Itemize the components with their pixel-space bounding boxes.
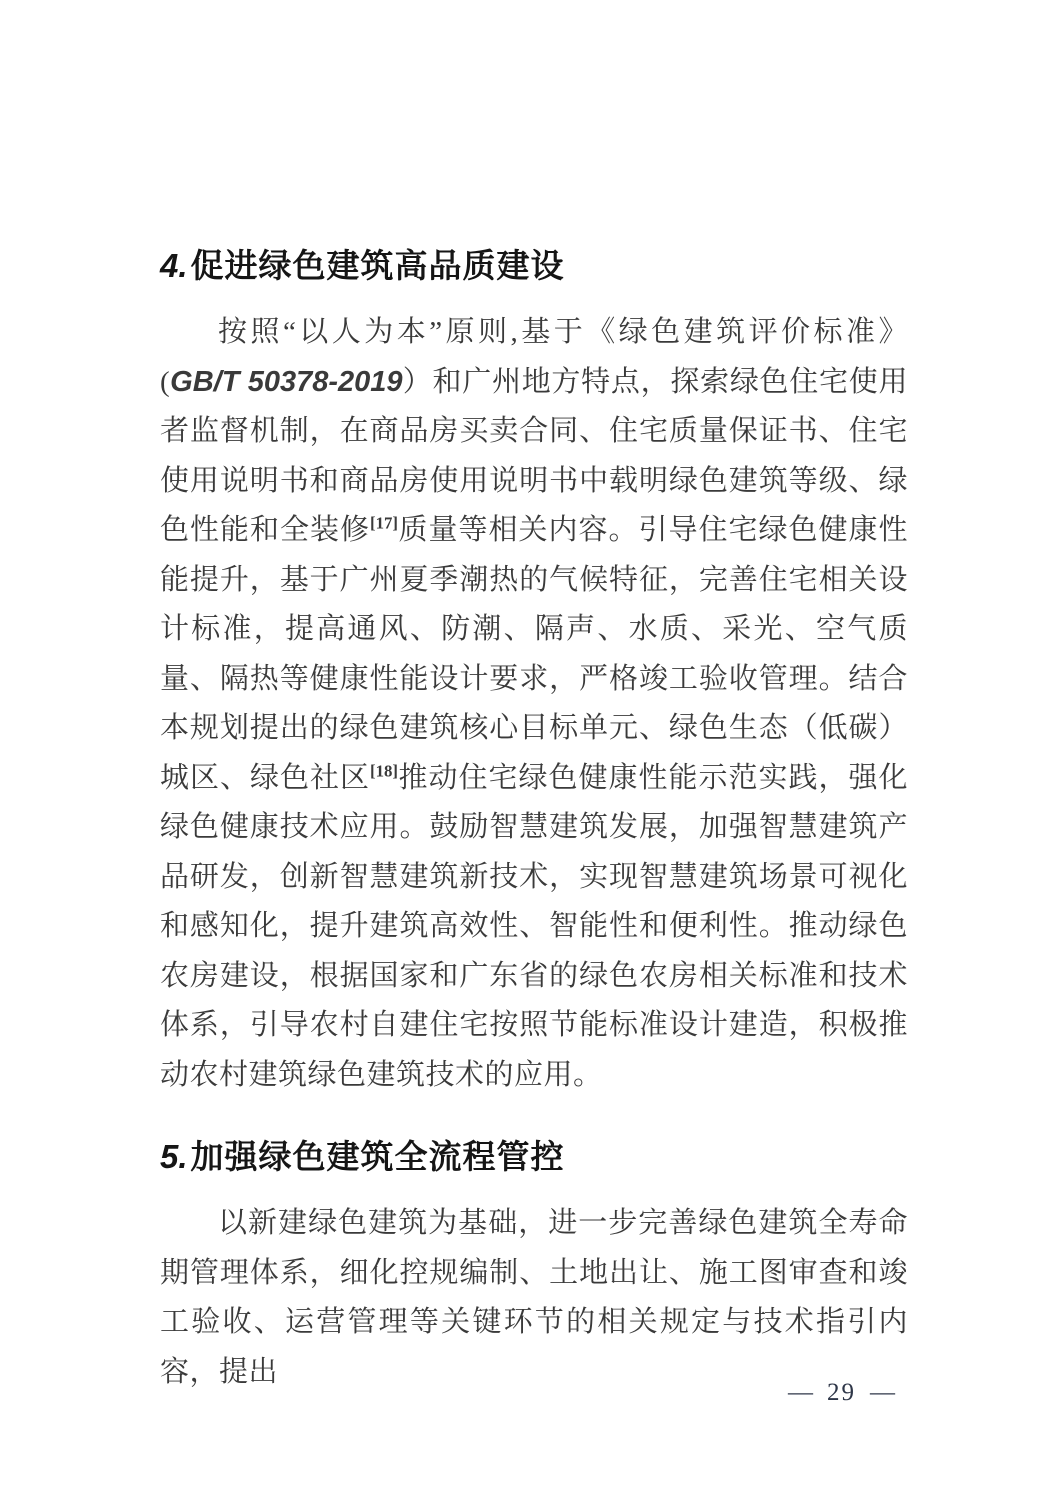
standard-code-run: GB/T 50378-2019 [170, 366, 402, 398]
section-5-paragraph: 以新建绿色建筑为基础，进一步完善绿色建筑全寿命期管理体系，细化控规编制、土地出让… [160, 1199, 908, 1397]
page-footer: —29— [788, 1379, 895, 1407]
section-5-heading-title: 加强绿色建筑全流程管控 [191, 1138, 565, 1175]
section-4-heading: 4.促进绿色建筑高品质建设 [160, 245, 908, 287]
section-4-heading-number: 4. [160, 247, 188, 284]
section-4-paragraph: 按照“以人为本”原则,基于《绿色建筑评价标准》(GB/T 50378-2019）… [160, 308, 908, 1100]
text-run: 以新建绿色建筑为基础，进一步完善绿色建筑全寿命期管理体系，细化控规编制、土地出让… [160, 1207, 908, 1388]
section-5: 5.加强绿色建筑全流程管控 以新建绿色建筑为基础，进一步完善绿色建筑全寿命期管理… [160, 1136, 908, 1397]
text-run: 推动住宅绿色健康性能示范实践，强化绿色健康技术应用。鼓励智慧建筑发展，加强智慧建… [160, 762, 908, 1091]
section-4: 4.促进绿色建筑高品质建设 按照“以人为本”原则,基于《绿色建筑评价标准》(GB… [160, 245, 908, 1100]
footnote-ref-18: [18] [370, 761, 398, 780]
page-content: 4.促进绿色建筑高品质建设 按照“以人为本”原则,基于《绿色建筑评价标准》(GB… [160, 0, 908, 1397]
footnote-ref-17: [17] [370, 513, 398, 532]
text-run: 质量等相关内容。引导住宅绿色健康性能提升，基于广州夏季潮热的气候特征，完善住宅相… [160, 514, 908, 794]
document-page: 4.促进绿色建筑高品质建设 按照“以人为本”原则,基于《绿色建筑评价标准》(GB… [0, 0, 1050, 1485]
section-5-heading: 5.加强绿色建筑全流程管控 [160, 1136, 908, 1178]
footer-left-dash: — [788, 1379, 813, 1406]
page-number: 29 [827, 1379, 856, 1406]
section-4-heading-title: 促进绿色建筑高品质建设 [191, 247, 565, 284]
footer-right-dash: — [870, 1379, 895, 1406]
section-5-heading-number: 5. [160, 1138, 188, 1175]
